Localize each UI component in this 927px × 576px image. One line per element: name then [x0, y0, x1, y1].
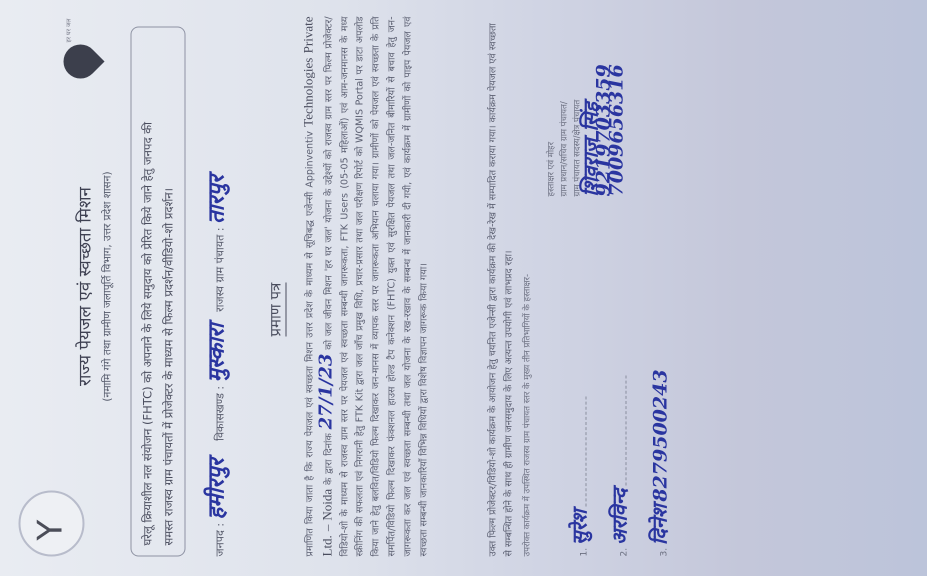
water-drop-icon	[56, 37, 104, 85]
document-title: राज्य पेयजल एवं स्वच्छता मिशन	[72, 106, 95, 466]
authority-signature-block: हस्ताक्षर एवं मोहर ग्राम प्रधान/सचिव ग्र…	[545, 6, 623, 196]
har-ghar-jal-logo: हर घर जल	[55, 16, 115, 86]
witness-signature: सुरेश	[567, 509, 591, 544]
witness-num: 2.	[619, 547, 629, 556]
certificate-body: प्रमाणित किया जाता है कि राज्य पेयजल एवं…	[300, 16, 431, 556]
certificate-page: Y हर घर जल राज्य पेयजल एवं स्वच्छता मिशन…	[0, 0, 927, 576]
authority-line-2: ग्राम प्रधान/सचिव ग्राम पंचायत/	[558, 6, 571, 196]
signature-line	[575, 396, 586, 506]
district-value: हमीरपुर	[203, 458, 229, 519]
authority-line-1: हस्ताक्षर एवं मोहर	[545, 6, 558, 196]
witness-signature: दिनेश	[647, 504, 671, 545]
authority-phone-2: 7009656316	[610, 6, 623, 196]
block-label: विकासखण्ड :	[213, 385, 226, 440]
body-intro: प्रमाणित किया जाता है कि राज्य पेयजल एवं…	[304, 130, 315, 556]
logo-caption: हर घर जल	[65, 12, 73, 42]
witness-signature: अरविन्द	[607, 488, 631, 545]
certificate-body-2: उक्त फिल्म प्रोजेक्टर/विडियो-शो कार्यक्र…	[485, 16, 517, 556]
notice-line-1: घरेलू क्रियाशील नल संयोजन (FHTC) को अपना…	[137, 37, 158, 545]
witness-label: उपरोक्त कार्यक्रम में उपस्थित राजस्व ग्र…	[520, 16, 534, 556]
certificate-heading: प्रमाण पत्र	[265, 282, 286, 336]
witness-phone: 8279500243	[649, 369, 671, 501]
date-prefix: के द्वारा दिनांक	[323, 433, 334, 485]
witness-num: 1.	[579, 547, 589, 556]
notice-line-2: समस्त राजस्व ग्राम पंचायतों में प्रोजेक्…	[158, 37, 179, 545]
witness-num: 3.	[659, 547, 669, 556]
signature-line	[615, 375, 626, 485]
district-label: जनपद :	[213, 522, 226, 556]
witness-row-1: 1. सुरेश	[565, 256, 592, 556]
location-fields: जनपद : हमीरपुर विकासखण्ड : मुस्कारा राजस…	[200, 16, 230, 556]
witness-row-2: 2. अरविन्द	[605, 256, 632, 556]
document-subtitle: (नमामि गंगे तथा ग्रामीण जलापूर्ति विभाग,…	[100, 106, 114, 466]
witness-row-3: 3. दिनेश 8279500243	[645, 176, 672, 556]
body-text: को जल जीवन मिशन 'हर घर जल' योजना के उद्द…	[323, 16, 429, 556]
panchayat-value: तारपुर	[203, 175, 229, 224]
program-date: 27/1/23	[315, 353, 336, 429]
swsm-seal-logo: Y	[18, 490, 84, 556]
notice-box: घरेलू क्रियाशील नल संयोजन (FHTC) को अपना…	[130, 26, 185, 556]
tap-y-icon: Y	[32, 519, 68, 540]
panchayat-label: राजस्व ग्राम पंचायत :	[213, 227, 226, 311]
block-value: मुस्कारा	[203, 323, 229, 382]
